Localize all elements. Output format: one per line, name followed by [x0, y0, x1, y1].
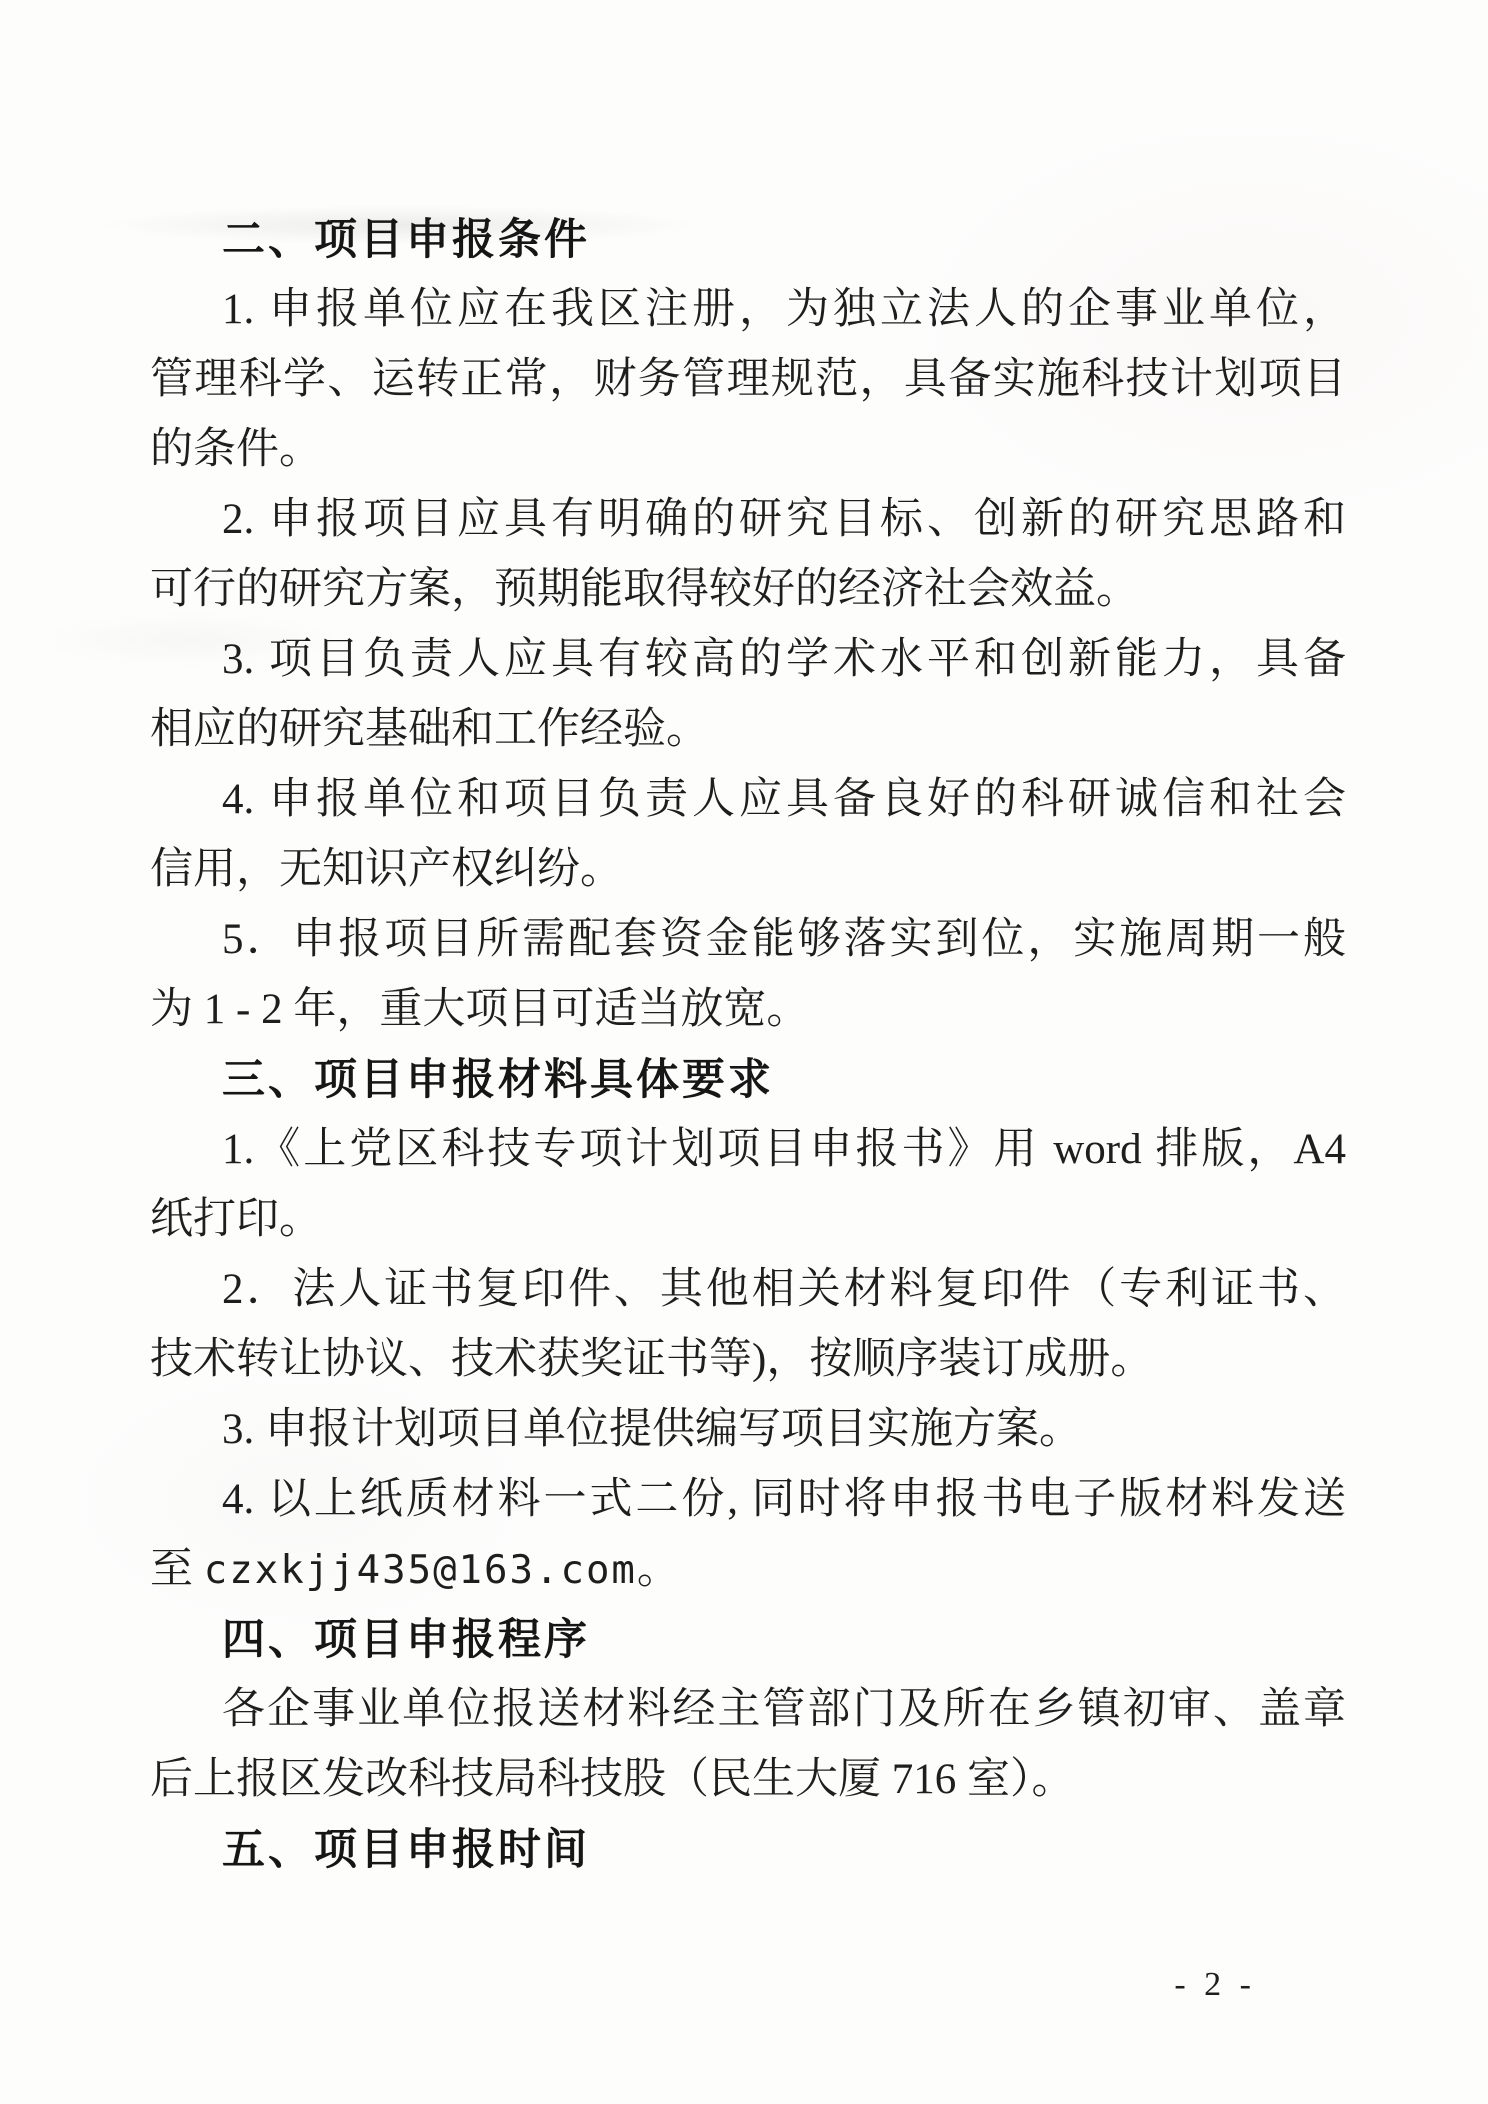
scanned-document-page: 二、项目申报条件1. 申报单位应在我区注册，为独立法人的企事业单位，管理科学、运…	[0, 0, 1488, 2104]
text-line: 技术转让协议、技术获奖证书等)，按顺序装订成册。	[150, 1325, 1346, 1395]
section-heading: 三、项目申报材料具体要求	[150, 1045, 1346, 1115]
page-number: - 2 -	[1174, 1966, 1256, 2004]
email-address: czxkjj435@163.com	[204, 1548, 637, 1593]
text-line: 纸打印。	[150, 1185, 1346, 1255]
text-line: 至 czxkjj435@163.com。	[150, 1535, 1346, 1605]
text-line: 相应的研究基础和工作经验。	[150, 695, 1346, 765]
text-line: 可行的研究方案，预期能取得较好的经济社会效益。	[150, 555, 1346, 625]
text-line: 4. 以上纸质材料一式二份, 同时将申报书电子版材料发送	[150, 1465, 1346, 1535]
text-run: 。	[637, 1546, 680, 1593]
text-line: 4. 申报单位和项目负责人应具备良好的科研诚信和社会	[150, 765, 1346, 835]
text-line: 2．法人证书复印件、其他相关材料复印件（专利证书、	[150, 1255, 1346, 1325]
text-line: 5．申报项目所需配套资金能够落实到位，实施周期一般	[150, 905, 1346, 975]
text-line: 3. 项目负责人应具有较高的学术水平和创新能力，具备	[150, 625, 1346, 695]
text-line: 的条件。	[150, 415, 1346, 485]
text-line: 3. 申报计划项目单位提供编写项目实施方案。	[150, 1395, 1346, 1465]
section-heading: 四、项目申报程序	[150, 1605, 1346, 1675]
text-line: 2. 申报项目应具有明确的研究目标、创新的研究思路和	[150, 485, 1346, 555]
section-heading: 五、项目申报时间	[150, 1815, 1346, 1885]
text-line: 1. 申报单位应在我区注册，为独立法人的企事业单位，	[150, 275, 1346, 345]
document-body: 二、项目申报条件1. 申报单位应在我区注册，为独立法人的企事业单位，管理科学、运…	[150, 205, 1346, 1885]
text-line: 为 1 - 2 年，重大项目可适当放宽。	[150, 975, 1346, 1045]
section-heading: 二、项目申报条件	[150, 205, 1346, 275]
text-run: 至	[150, 1546, 204, 1593]
text-line: 各企事业单位报送材料经主管部门及所在乡镇初审、盖章	[150, 1675, 1346, 1745]
text-line: 1.《上党区科技专项计划项目申报书》用 word 排版，A4	[150, 1115, 1346, 1185]
text-line: 后上报区发改科技局科技股（民生大厦 716 室）。	[150, 1745, 1346, 1815]
text-line: 信用，无知识产权纠纷。	[150, 835, 1346, 905]
text-line: 管理科学、运转正常，财务管理规范，具备实施科技计划项目	[150, 345, 1346, 415]
